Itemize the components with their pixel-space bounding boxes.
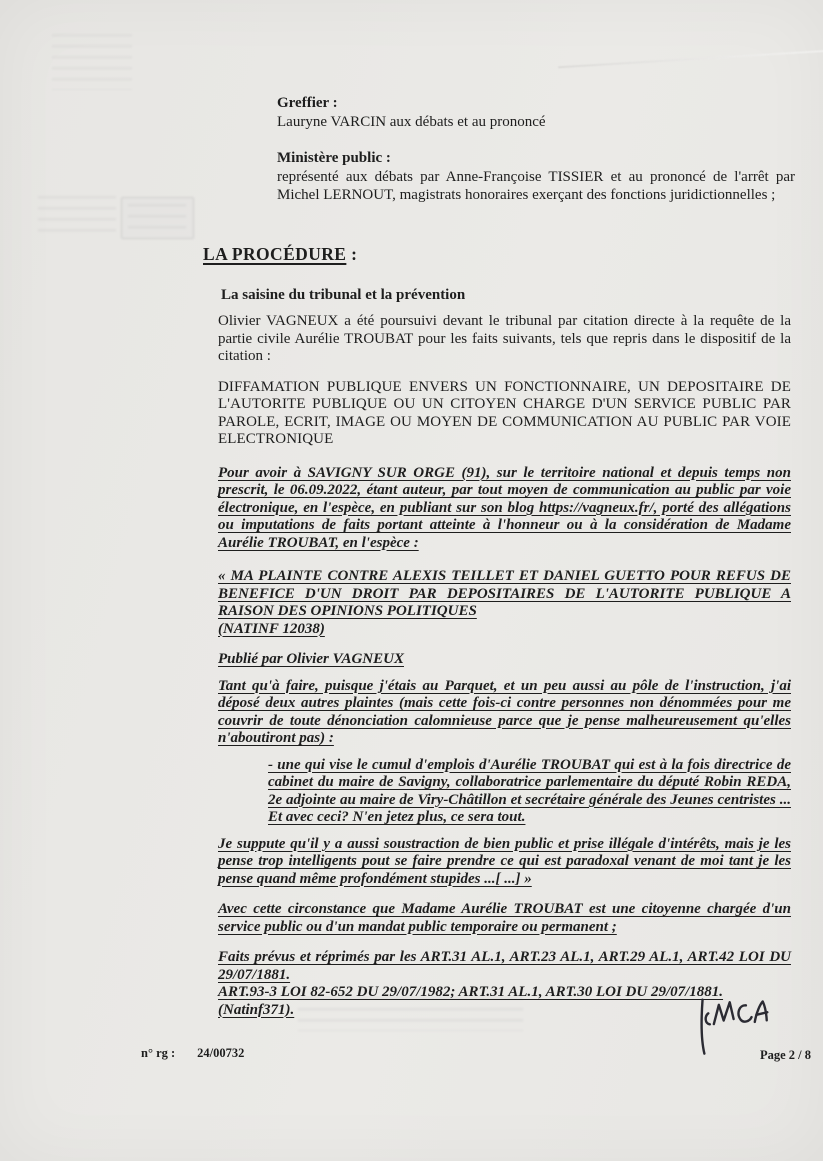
footer-rg-number: n° rg :24/00732 (141, 1046, 244, 1061)
quote-paragraph-1: Tant qu'à faire, puisque j'étais au Parq… (218, 678, 791, 748)
quote-title-paragraph: « MA PLAINTE CONTRE ALEXIS TEILLET ET DA… (218, 568, 791, 621)
quote-natinf-line: (NATINF 12038) (218, 621, 791, 639)
greffier-name-line: Lauryne VARCIN aux débats et au prononcé (277, 113, 795, 132)
bleed-through-artifact (38, 196, 116, 236)
faits-line-1: Faits prévus et réprimés par les ART.31 … (218, 949, 791, 984)
rg-value: 24/00732 (197, 1046, 244, 1060)
bleed-through-artifact (121, 197, 194, 239)
page-number: Page 2 / 8 (760, 1048, 811, 1063)
bleed-through-artifact (52, 34, 132, 90)
scanned-court-document-page: Greffier : Lauryne VARCIN aux débats et … (0, 0, 823, 1161)
paper-crease-artifact (558, 50, 823, 69)
document-body: Olivier VAGNEUX a été poursuivi devant l… (218, 313, 791, 1019)
publie-par-line: Publié par Olivier VAGNEUX (218, 651, 791, 669)
ministere-public-body: représenté aux débats par Anne-Françoise… (277, 168, 795, 205)
bleed-through-artifact (128, 204, 186, 231)
circonstance-paragraph: Avec cette circonstance que Madame Aurél… (218, 901, 791, 936)
charge-paragraph: DIFFAMATION PUBLIQUE ENVERS UN FONCTIONN… (218, 379, 791, 449)
procedure-heading-text: LA PROCÉDURE (203, 244, 346, 264)
saisine-subheading: La saisine du tribunal et la prévention (221, 287, 465, 304)
procedure-heading-colon: : (346, 244, 357, 264)
quote-bullet-paragraph: - une qui vise le cumul d'emplois d'Auré… (268, 757, 791, 827)
ministere-public-heading: Ministère public : (277, 149, 795, 168)
pour-avoir-paragraph: Pour avoir à SAVIGNY SUR ORGE (91), sur … (218, 465, 791, 553)
procedure-section-heading: LA PROCÉDURE : (203, 244, 357, 265)
rg-label: n° rg : (141, 1046, 175, 1060)
intro-paragraph: Olivier VAGNEUX a été poursuivi devant l… (218, 313, 791, 366)
greffier-heading: Greffier : (277, 94, 795, 113)
quote-paragraph-2: Je suppute qu'il y a aussi soustraction … (218, 836, 791, 889)
court-officials-block: Greffier : Lauryne VARCIN aux débats et … (277, 94, 795, 205)
